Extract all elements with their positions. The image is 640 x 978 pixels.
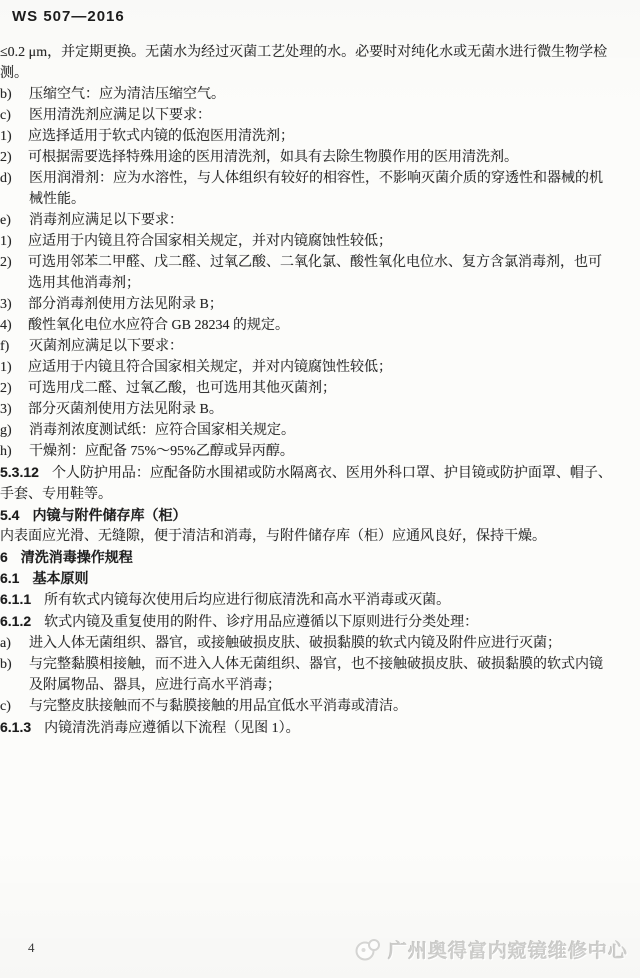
subitem-2-8: 2)可选用邻苯二甲醛、戊二醛、过氧乙酸、二氧化氯、酸性氧化电位水、复方含氯消毒剂… bbox=[0, 252, 612, 294]
list-label: 3) bbox=[0, 399, 28, 420]
item-b-25: b)与完整黏膜相接触，而不进入人体无菌组织、器官，也不接触破损皮肤、破损黏膜的软… bbox=[0, 654, 612, 696]
list-label: b) bbox=[0, 84, 29, 105]
item-f-11: f)灭菌剂应满足以下要求： bbox=[0, 336, 612, 357]
para-indent-19: 内表面应光滑、无缝隙，便于清洁和消毒，与附件储存库（柜）应通风良好，保持干燥。 bbox=[0, 526, 612, 547]
list-label: 4) bbox=[0, 315, 28, 336]
clause-text: 所有软式内镜每次使用后均应进行彻底清洗和高水平消毒或灭菌。 bbox=[44, 593, 450, 608]
list-label: e) bbox=[0, 210, 29, 231]
document-header-standard-number: WS 507—2016 bbox=[12, 8, 125, 25]
list-label: b) bbox=[0, 654, 29, 696]
clause-number: 5.4 bbox=[0, 507, 19, 523]
item-b-1: b)压缩空气：应为清洁压缩空气。 bbox=[0, 84, 612, 105]
clause-text: 个人防护用品：应配备防水围裙或防水隔离衣、医用外科口罩、护目镜或防护面罩、帽子、… bbox=[0, 466, 612, 502]
list-text: 压缩空气：应为清洁压缩空气。 bbox=[29, 84, 612, 105]
clause-text: 基本原则 bbox=[32, 570, 88, 586]
list-label: 2) bbox=[0, 252, 28, 294]
list-label: 3) bbox=[0, 294, 28, 315]
list-text: 医用润滑剂：应为水溶性，与人体组织有较好的相容性，不影响灭菌介质的穿透性和器械的… bbox=[29, 168, 612, 210]
subitem-1-3: 1)应选择适用于软式内镜的低泡医用清洗剂； bbox=[0, 126, 612, 147]
clause-text: 内镜清洗消毒应遵循以下流程（见图 1）。 bbox=[44, 721, 300, 736]
document-body: ≤0.2 μm，并定期更换。无菌水为经过灭菌工艺处理的水。必要时对纯化水或无菌水… bbox=[0, 42, 612, 739]
clause-text: 内镜与附件储存库（柜） bbox=[32, 507, 186, 523]
clause-number: 5.3.12 bbox=[0, 464, 39, 480]
subitem-1-7: 1)应适用于内镜且符合国家相关规定，并对内镜腐蚀性较低； bbox=[0, 231, 612, 252]
watermark: 广州奥得富内窥镜维修中心 bbox=[355, 936, 628, 963]
clause-text: 清洗消毒操作规程 bbox=[21, 549, 133, 565]
item-c-2: c)医用清洗剂应满足以下要求： bbox=[0, 105, 612, 126]
list-text: 可根据需要选择特殊用途的医用清洗剂，如具有去除生物膜作用的医用清洗剂。 bbox=[28, 147, 612, 168]
list-label: 1) bbox=[0, 126, 28, 147]
item-d-5: d)医用润滑剂：应为水溶性，与人体组织有较好的相容性，不影响灭菌介质的穿透性和器… bbox=[0, 168, 612, 210]
subitem-3-14: 3)部分灭菌剂使用方法见附录 B。 bbox=[0, 399, 612, 420]
page-number: 4 bbox=[28, 940, 35, 956]
list-text: 医用清洗剂应满足以下要求： bbox=[29, 105, 612, 126]
list-text: 应适用于内镜且符合国家相关规定，并对内镜腐蚀性较低； bbox=[28, 357, 612, 378]
clause-number: 6 bbox=[0, 549, 8, 565]
para-hang-0: ≤0.2 μm，并定期更换。无菌水为经过灭菌工艺处理的水。必要时对纯化水或无菌水… bbox=[0, 42, 612, 84]
list-text: 应适用于内镜且符合国家相关规定，并对内镜腐蚀性较低； bbox=[28, 231, 612, 252]
list-text: 可选用戊二醛、过氧乙酸，也可选用其他灭菌剂； bbox=[28, 378, 612, 399]
watermark-logo-icon bbox=[355, 938, 381, 962]
list-label: c) bbox=[0, 105, 29, 126]
clause-611-22: 6.1.1所有软式内镜每次使用后均应进行彻底清洗和高水平消毒或灭菌。 bbox=[0, 589, 612, 611]
subitem-2-13: 2)可选用戊二醛、过氧乙酸，也可选用其他灭菌剂； bbox=[0, 378, 612, 399]
list-label: 1) bbox=[0, 231, 28, 252]
clause-613-27: 6.1.3内镜清洗消毒应遵循以下流程（见图 1）。 bbox=[0, 717, 612, 739]
list-text: 与完整皮肤接触而不与黏膜接触的用品宜低水平消毒或清洁。 bbox=[29, 696, 612, 717]
list-text: 可选用邻苯二甲醛、戊二醛、过氧乙酸、二氧化氯、酸性氧化电位水、复方含氯消毒剂，也… bbox=[28, 252, 612, 294]
list-label: f) bbox=[0, 336, 29, 357]
list-label: 2) bbox=[0, 147, 28, 168]
list-text: 进入人体无菌组织、器官，或接触破损皮肤、破损黏膜的软式内镜及附件应进行灭菌； bbox=[29, 633, 612, 654]
list-text: 部分灭菌剂使用方法见附录 B。 bbox=[28, 399, 612, 420]
item-e-6: e)消毒剂应满足以下要求： bbox=[0, 210, 612, 231]
heading-61-21: 6.1基本原则 bbox=[0, 568, 612, 589]
list-text: 灭菌剂应满足以下要求： bbox=[29, 336, 612, 357]
clause-number: 6.1.3 bbox=[0, 719, 31, 735]
subitem-1-12: 1)应适用于内镜且符合国家相关规定，并对内镜腐蚀性较低； bbox=[0, 357, 612, 378]
heading-6-20: 6清洗消毒操作规程 bbox=[0, 547, 612, 568]
subitem-3-9: 3)部分消毒剂使用方法见附录 B； bbox=[0, 294, 612, 315]
list-text: 部分消毒剂使用方法见附录 B； bbox=[28, 294, 612, 315]
scanned-document-page: WS 507—2016 ≤0.2 μm，并定期更换。无菌水为经过灭菌工艺处理的水… bbox=[0, 0, 640, 978]
subitem-4-10: 4)酸性氧化电位水应符合 GB 28234 的规定。 bbox=[0, 315, 612, 336]
watermark-text: 广州奥得富内窥镜维修中心 bbox=[388, 936, 628, 963]
list-label: d) bbox=[0, 168, 29, 210]
list-label: c) bbox=[0, 696, 29, 717]
clause-number: 6.1.2 bbox=[0, 613, 31, 629]
heading-54-18: 5.4内镜与附件储存库（柜） bbox=[0, 505, 612, 526]
clause-612-23: 6.1.2软式内镜及重复使用的附件、诊疗用品应遵循以下原则进行分类处理： bbox=[0, 611, 612, 633]
item-g-15: g)消毒剂浓度测试纸：应符合国家相关规定。 bbox=[0, 420, 612, 441]
clause-number: 6.1 bbox=[0, 570, 19, 586]
list-text: 消毒剂浓度测试纸：应符合国家相关规定。 bbox=[29, 420, 612, 441]
list-text: 干燥剂：应配备 75%～95%乙醇或异丙醇。 bbox=[29, 441, 612, 462]
item-h-16: h)干燥剂：应配备 75%～95%乙醇或异丙醇。 bbox=[0, 441, 612, 462]
clause-5312-17: 5.3.12个人防护用品：应配备防水围裙或防水隔离衣、医用外科口罩、护目镜或防护… bbox=[0, 462, 612, 505]
list-text: 与完整黏膜相接触，而不进入人体无菌组织、器官，也不接触破损皮肤、破损黏膜的软式内… bbox=[29, 654, 612, 696]
clause-number: 6.1.1 bbox=[0, 591, 31, 607]
list-label: a) bbox=[0, 633, 29, 654]
list-label: 1) bbox=[0, 357, 28, 378]
subitem-2-4: 2)可根据需要选择特殊用途的医用清洗剂，如具有去除生物膜作用的医用清洗剂。 bbox=[0, 147, 612, 168]
clause-text: 软式内镜及重复使用的附件、诊疗用品应遵循以下原则进行分类处理： bbox=[44, 615, 478, 630]
item-c-26: c)与完整皮肤接触而不与黏膜接触的用品宜低水平消毒或清洁。 bbox=[0, 696, 612, 717]
list-text: 应选择适用于软式内镜的低泡医用清洗剂； bbox=[28, 126, 612, 147]
item-a-24: a)进入人体无菌组织、器官，或接触破损皮肤、破损黏膜的软式内镜及附件应进行灭菌； bbox=[0, 633, 612, 654]
list-text: 酸性氧化电位水应符合 GB 28234 的规定。 bbox=[28, 315, 612, 336]
list-text: 消毒剂应满足以下要求： bbox=[29, 210, 612, 231]
list-label: h) bbox=[0, 441, 29, 462]
list-label: g) bbox=[0, 420, 29, 441]
list-label: 2) bbox=[0, 378, 28, 399]
